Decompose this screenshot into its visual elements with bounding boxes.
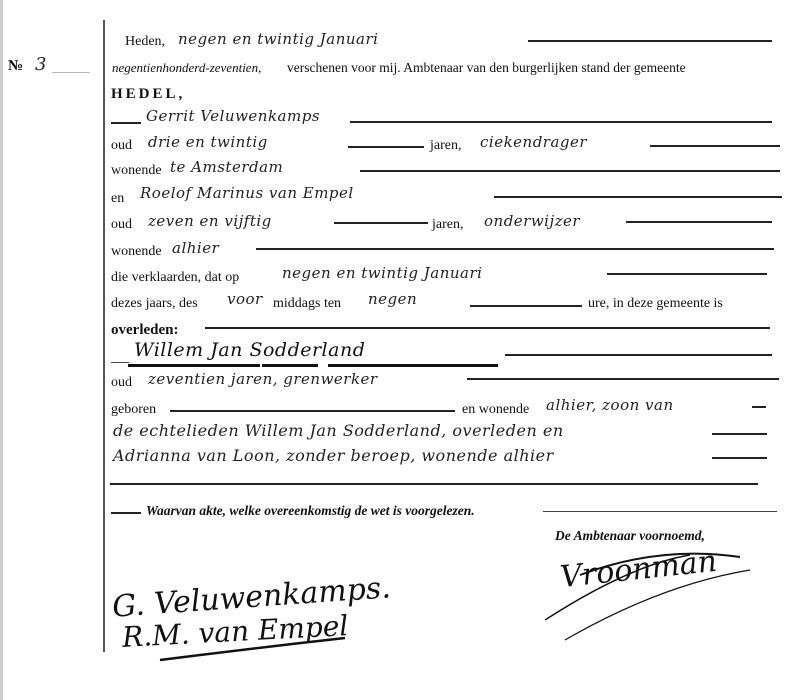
closing-text: Waarvan akte, welke overeenkomstig de we… — [146, 503, 475, 519]
rule — [470, 305, 582, 307]
witness2-name: Roelof Marinus van Empel — [140, 184, 354, 202]
rule — [256, 248, 774, 250]
margin-rule — [103, 20, 105, 652]
oud-label: oud — [111, 217, 132, 233]
rule — [111, 122, 141, 124]
rule — [348, 146, 424, 148]
en-label: en — [111, 191, 124, 207]
witness2-occupation: onderwijzer — [484, 212, 580, 230]
deceased-name: Willem Jan Sodderland — [134, 339, 365, 361]
witness1-occupation: ciekendrager — [480, 133, 587, 151]
parents-line-2: Adrianna van Loon, zonder beroep, wonend… — [113, 446, 554, 465]
rule — [110, 483, 758, 485]
oud-label: oud — [111, 375, 132, 391]
geboren-label: geboren — [111, 402, 156, 418]
deceased-age-occupation: zeventien jaren, grenwerker — [148, 370, 378, 388]
witness1-residence: te Amsterdam — [170, 158, 283, 176]
rule — [111, 362, 129, 363]
witness2-age: zeven en vijftig — [148, 212, 272, 230]
heden-date: negen en twintig Januari — [178, 30, 378, 48]
dezes-text: dezes jaars, des — [111, 296, 198, 312]
rule — [607, 273, 767, 275]
rule — [626, 221, 772, 223]
name-underline — [328, 364, 498, 367]
oud-label: oud — [111, 138, 132, 154]
rule — [543, 511, 777, 512]
year-line: negentienhonderd-zeventien, — [112, 60, 261, 76]
record-number: 3 — [35, 54, 47, 75]
jaren-label: jaren, — [432, 217, 463, 233]
death-date: negen en twintig Januari — [282, 264, 482, 282]
rule — [205, 327, 770, 329]
official-signature-flourish — [540, 545, 770, 645]
rule — [170, 410, 455, 412]
official-label: De Ambtenaar voornoemd, — [555, 528, 705, 544]
rule — [467, 378, 779, 380]
witness1-name: Gerrit Veluwenkamps — [146, 107, 320, 125]
record-number-label: № — [8, 58, 23, 75]
witness1-age: drie en twintig — [148, 133, 268, 151]
page-edge — [0, 0, 3, 700]
rule — [752, 406, 766, 408]
parents-line-1: de echtelieden Willem Jan Sodderland, ov… — [113, 421, 564, 440]
witness2-residence: alhier — [172, 239, 219, 257]
record-number-rule — [52, 72, 90, 73]
rule — [712, 457, 767, 459]
jaren-label: jaren, — [430, 138, 461, 154]
rule — [494, 196, 782, 198]
hour: negen — [368, 290, 417, 308]
middags-text: middags ten — [273, 296, 341, 312]
wonende-label: wonende — [111, 244, 162, 260]
deceased-residence: alhier, zoon van — [546, 396, 674, 414]
rule — [111, 512, 141, 514]
en-wonende-label: en wonende — [462, 402, 529, 418]
ure-text: ure, in deze gemeente is — [588, 296, 723, 312]
rule — [505, 354, 772, 356]
overleden-label: overleden: — [111, 322, 178, 339]
rule — [334, 222, 428, 224]
name-underline — [262, 364, 318, 367]
municipality: HEDEL, — [111, 86, 185, 103]
rule — [650, 145, 780, 147]
signature-flourish — [155, 630, 355, 665]
rule — [360, 170, 780, 172]
declared-text: die verklaarden, dat op — [111, 270, 239, 286]
time-of-day: voor — [227, 290, 263, 308]
rule — [528, 40, 772, 42]
appeared-text: verschenen voor mij. Ambtenaar van den b… — [287, 60, 686, 76]
rule — [712, 433, 767, 435]
heden-label: Heden, — [125, 34, 165, 50]
wonende-label: wonende — [111, 163, 162, 179]
name-underline — [128, 364, 260, 367]
rule — [350, 121, 772, 123]
